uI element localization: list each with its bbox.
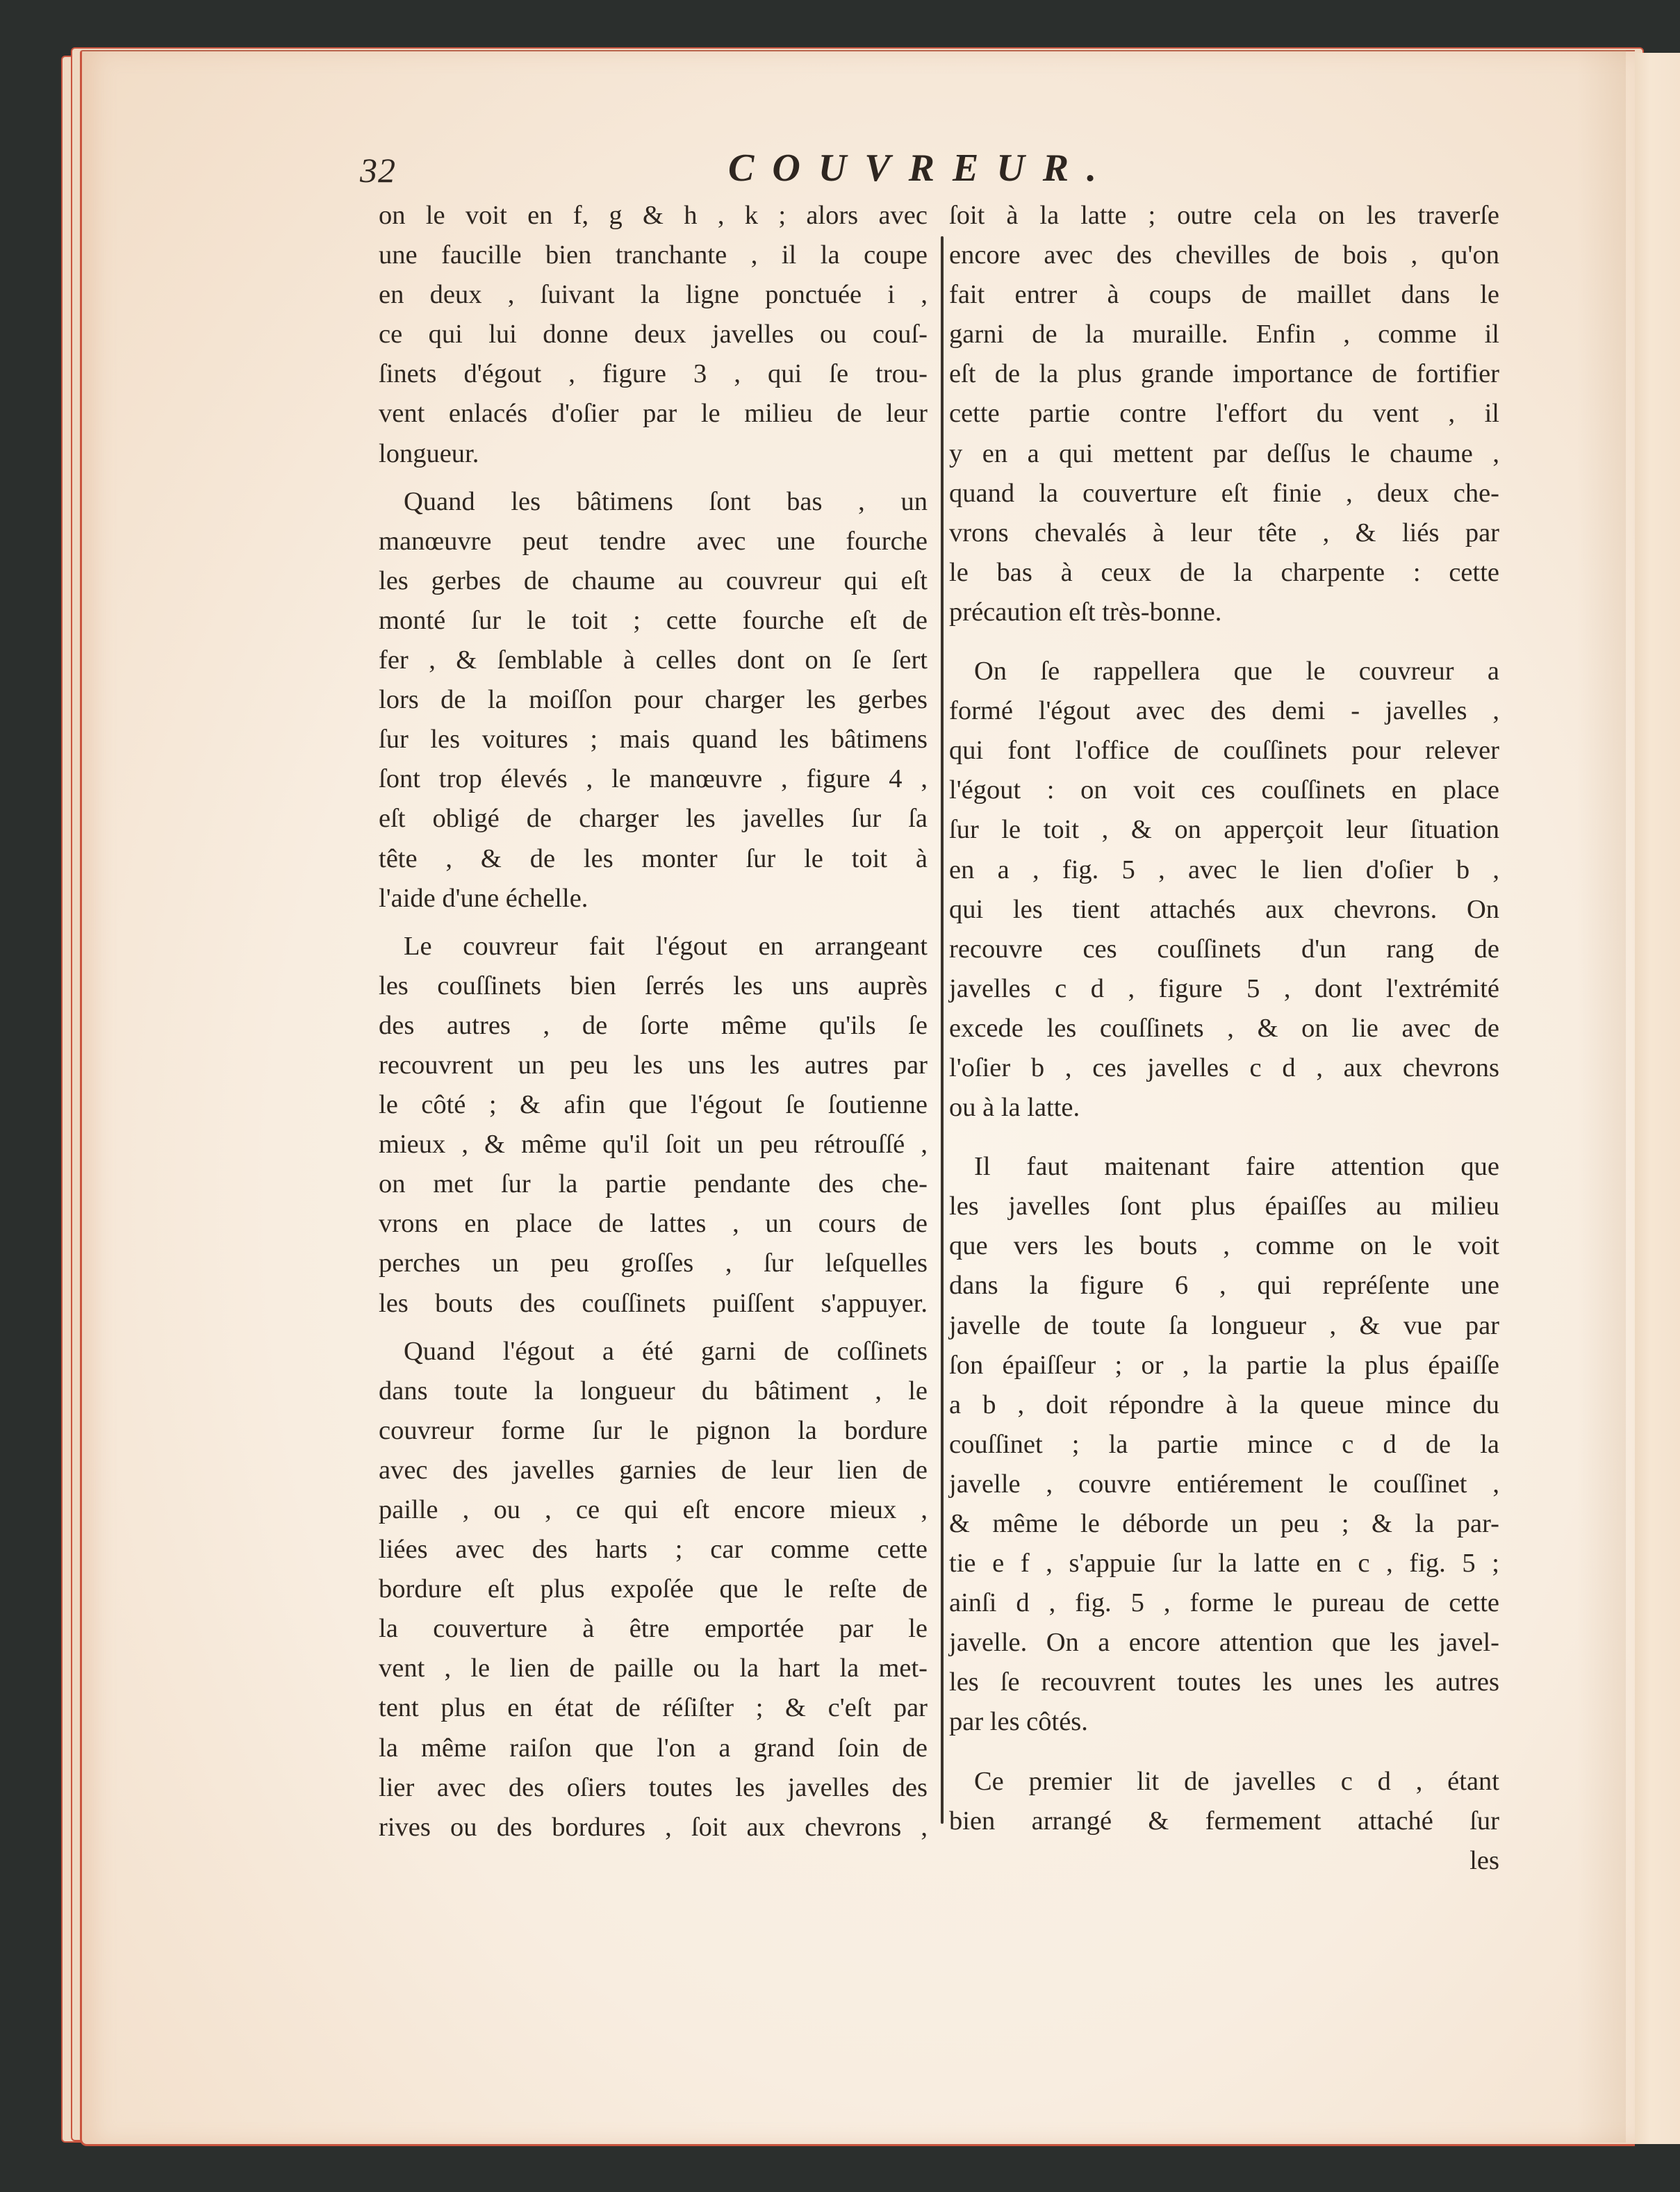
text-line: garni de la muraille. Enfin , comme il <box>949 315 1499 354</box>
text-line: recouvre ces couſſinets d'un rang de <box>949 930 1499 969</box>
text-line: cette partie contre l'effort du vent , i… <box>949 394 1499 434</box>
text-line: recouvrent un peu les uns les autres par <box>379 1046 928 1085</box>
text-line: fait entrer à coups de maillet dans le <box>949 275 1499 315</box>
text-line: qui les tient attachés aux chevrons. On <box>949 890 1499 930</box>
text-line: ſinets d'égout , figure 3 , qui ſe trou- <box>379 354 928 394</box>
text-line: l'oſier b , ces javelles c d , aux chevr… <box>949 1048 1499 1088</box>
text-line: les couſſinets bien ſerrés les uns auprè… <box>379 966 928 1006</box>
text-line: les bouts des couſſinets puiſſent s'appu… <box>379 1284 928 1324</box>
text-line: des autres , de ſorte même qu'ils ſe <box>379 1006 928 1046</box>
text-line: y en a qui mettent par deſſus le chaume … <box>949 434 1499 474</box>
text-line: bordure eſt plus expoſée que le reſte de <box>379 1569 928 1609</box>
text-line: liées avec des harts ; car comme cette <box>379 1530 928 1569</box>
paragraph-start-line: On ſe rappellera que le couvreur a <box>949 652 1499 691</box>
text-line: quand la couverture eſt finie , deux che… <box>949 474 1499 513</box>
right-column: ſoit à la latte ; outre cela on les trav… <box>949 196 1499 1881</box>
text-line: ce qui lui donne deux javelles ou couſ- <box>379 315 928 354</box>
text-line: précaution eſt très-bonne. <box>949 593 1499 632</box>
text-line: les gerbes de chaume au couvreur qui eſt <box>379 561 928 601</box>
text-line: a b , doit répondre à la queue mince du <box>949 1385 1499 1425</box>
text-line: eſt obligé de charger les javelles ſur ſ… <box>379 799 928 839</box>
text-line: ainſi d , fig. 5 , forme le pureau de ce… <box>949 1583 1499 1623</box>
text-line: que vers les bouts , comme on le voit <box>949 1226 1499 1266</box>
text-line: la même raiſon que l'on a grand ſoin de <box>379 1729 928 1768</box>
running-head: 32 COUVREUR. <box>360 146 1513 195</box>
text-line: le bas à ceux de la charpente : cette <box>949 553 1499 593</box>
text-line: rives ou des bordures , ſoit aux chevron… <box>379 1808 928 1847</box>
text-line: perches un peu groſſes , ſur leſquelles <box>379 1244 928 1283</box>
text-line: dans toute la longueur du bâtiment , le <box>379 1371 928 1411</box>
text-line: le côté ; & afin que l'égout ſe ſoutienn… <box>379 1085 928 1125</box>
text-line: javelle de toute ſa longueur , & vue par <box>949 1306 1499 1346</box>
text-line: ſon épaiſſeur ; or , la partie la plus é… <box>949 1346 1499 1385</box>
text-line: ſoit à la latte ; outre cela on les trav… <box>949 196 1499 236</box>
paragraph-start-line: Il faut maitenant faire attention que <box>949 1147 1499 1187</box>
text-line: tie e f , s'appuie ſur la latte en c , f… <box>949 1544 1499 1583</box>
left-column: on le voit en f, g & h , k ; alors avec … <box>379 196 928 1847</box>
text-line: couſſinet ; la partie mince c d de la <box>949 1425 1499 1465</box>
text-line: lors de la moiſſon pour charger les gerb… <box>379 680 928 720</box>
text-line: tête , & de les monter ſur le toit à <box>379 839 928 879</box>
text-line: ſur les voitures ; mais quand les bâtime… <box>379 720 928 759</box>
text-line: mieux , & même qu'il ſoit un peu rétrouſ… <box>379 1125 928 1164</box>
catchword: les <box>949 1841 1499 1881</box>
text-line: monté ſur le toit ; cette fourche eſt de <box>379 601 928 641</box>
text-line: manœuvre peut tendre avec une fourche <box>379 522 928 561</box>
text-line: eſt de la plus grande importance de fort… <box>949 354 1499 394</box>
text-line: on le voit en f, g & h , k ; alors avec <box>379 196 928 236</box>
text-line: longueur. <box>379 434 928 474</box>
text-line: par les côtés. <box>949 1702 1499 1742</box>
text-line: paille , ou , ce qui eſt encore mieux , <box>379 1490 928 1530</box>
text-line: fer , & ſemblable à celles dont on ſe ſe… <box>379 641 928 680</box>
text-line: les javelles ſont plus épaiſſes au milie… <box>949 1187 1499 1226</box>
text-line: javelle , couvre entiérement le couſſine… <box>949 1465 1499 1504</box>
text-line: vent , le lien de paille ou la hart la m… <box>379 1649 928 1688</box>
text-line: lier avec des oſiers toutes les javelles… <box>379 1768 928 1808</box>
text-line: encore avec des chevilles de bois , qu'o… <box>949 236 1499 275</box>
text-line: l'aide d'une échelle. <box>379 879 928 918</box>
text-line: en deux , ſuivant la ligne ponctuée i , <box>379 275 928 315</box>
page-number: 32 <box>360 150 396 190</box>
text-line: la couverture à être emportée par le <box>379 1609 928 1649</box>
text-line: ſont trop élevés , le manœuvre , figure … <box>379 759 928 799</box>
text-line: & même le déborde un peu ; & la par- <box>949 1504 1499 1544</box>
text-line: tent plus en état de réſiſter ; & c'eſt … <box>379 1688 928 1728</box>
text-line: dans la figure 6 , qui repréſente une <box>949 1266 1499 1305</box>
text-line: en a , fig. 5 , avec le lien d'oſier b , <box>949 850 1499 890</box>
gutter-shadow <box>1577 50 1626 2143</box>
text-line: javelle. On a encore attention que les j… <box>949 1623 1499 1663</box>
column-divider-rule <box>941 236 944 1824</box>
text-line: excede les couſſinets , & on lie avec de <box>949 1009 1499 1048</box>
text-line: vent enlacés d'oſier par le milieu de le… <box>379 394 928 434</box>
text-line: ſur le toit , & on apperçoit leur ſituat… <box>949 810 1499 850</box>
text-line: javelles c d , figure 5 , dont l'extrémi… <box>949 969 1499 1009</box>
text-line: avec des javelles garnies de leur lien d… <box>379 1451 928 1490</box>
section-title: COUVREUR. <box>728 146 1114 190</box>
text-line: les ſe recouvrent toutes les unes les au… <box>949 1663 1499 1702</box>
text-line: bien arrangé & fermement attaché ſur <box>949 1802 1499 1841</box>
text-line: couvreur forme ſur le pignon la bordure <box>379 1411 928 1451</box>
paragraph-start-line: Ce premier lit de javelles c d , étant <box>949 1762 1499 1802</box>
text-line: vrons chevalés à leur tête , & liés par <box>949 513 1499 553</box>
text-line: une faucille bien tranchante , il la cou… <box>379 236 928 275</box>
text-line: formé l'égout avec des demi - javelles , <box>949 691 1499 731</box>
paragraph-start-line: Quand les bâtimens ſont bas , un <box>379 482 928 522</box>
text-line: qui font l'office de couſſinets pour rel… <box>949 731 1499 771</box>
text-line: l'égout : on voit ces couſſinets en plac… <box>949 771 1499 810</box>
text-line: vrons en place de lattes , un cours de <box>379 1204 928 1244</box>
paragraph-start-line: Le couvreur fait l'égout en arrangeant <box>379 927 928 966</box>
paragraph-start-line: Quand l'égout a été garni de coſſinets <box>379 1332 928 1371</box>
text-line: ou à la latte. <box>949 1088 1499 1128</box>
text-line: on met ſur la partie pendante des che- <box>379 1164 928 1204</box>
